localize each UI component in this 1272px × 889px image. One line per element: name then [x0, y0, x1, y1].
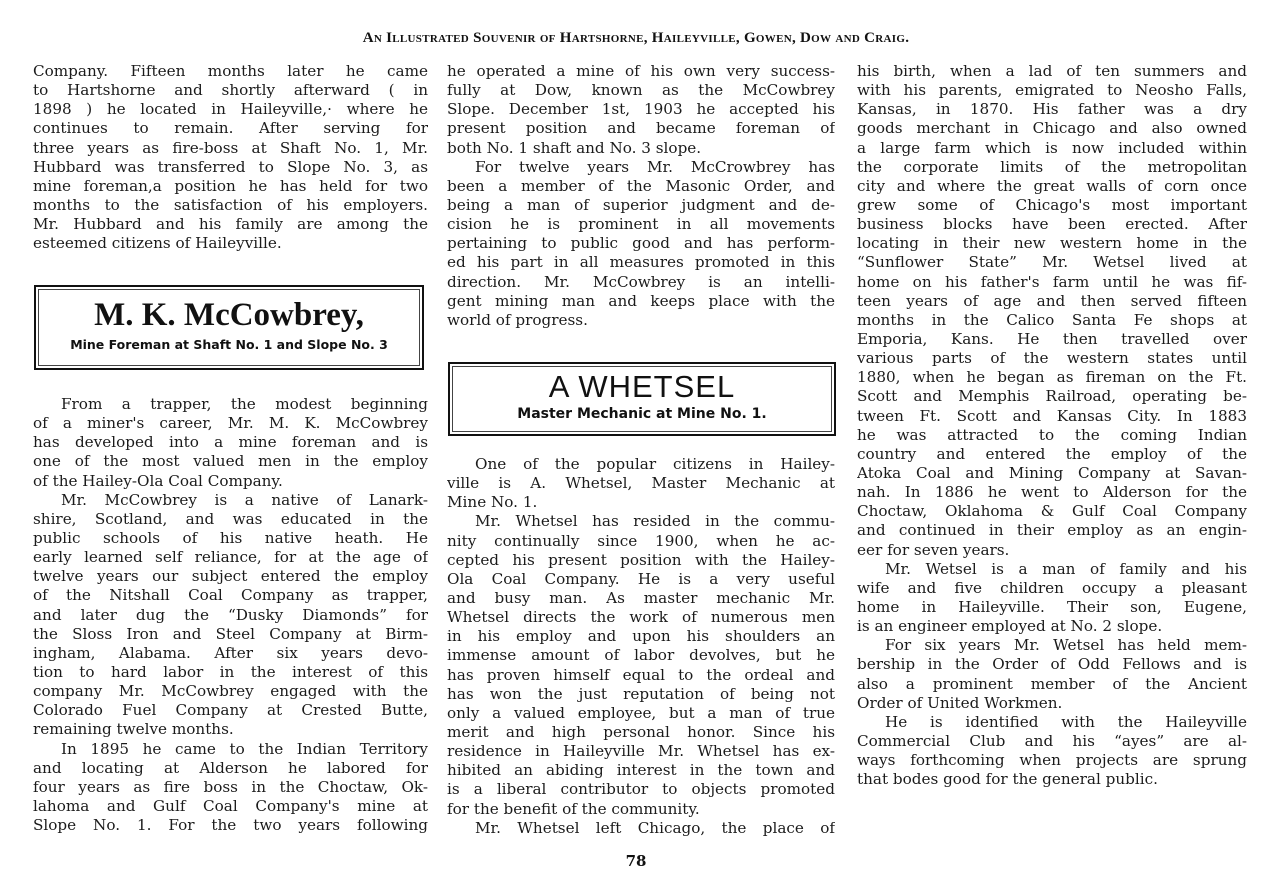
text-line: his birth, when a lad of ten summers and [857, 62, 1247, 81]
text-line: one of the most valued men in the employ [33, 452, 428, 471]
text-line: and locating at Alderson he labored for [33, 759, 428, 778]
text-line: locating in their new western home in th… [857, 234, 1247, 253]
text-line: of the Nitshall Coal Company as trapper, [33, 586, 428, 605]
text-line: Ola Coal Company. He is a very useful [447, 570, 835, 589]
text-line: tween Ft. Scott and Kansas City. In 1883 [857, 407, 1247, 426]
text-line: of the Hailey-Ola Coal Company. [33, 472, 428, 491]
text-line: hibited an abiding interest in the town … [447, 761, 835, 780]
text-line: Order of United Workmen. [857, 694, 1247, 713]
text-line: direction. Mr. McCowbrey is an intelli- [447, 273, 835, 292]
text-line: business blocks have been erected. After [857, 215, 1247, 234]
text-line: Slope No. 1. For the two years following [33, 816, 428, 835]
text-line: ville is A. Whetsel, Master Mechanic at [447, 474, 835, 493]
text-line: merit and high personal honor. Since his [447, 723, 835, 742]
text-line: nah. In 1886 he went to Alderson for the [857, 483, 1247, 502]
text-line: ed his part in all measures promoted in … [447, 253, 835, 272]
text-line: the Sloss Iron and Steel Company at Birm… [33, 625, 428, 644]
text-line: teen years of age and then served fiftee… [857, 292, 1247, 311]
text-line: he was attracted to the coming Indian [857, 426, 1247, 445]
text-line: Colorado Fuel Company at Crested Butte, [33, 701, 428, 720]
text-line: also a prominent member of the Ancient [857, 675, 1247, 694]
text-line: Scott and Memphis Railroad, operating be… [857, 387, 1247, 406]
text-line: in his employ and upon his shoulders an [447, 627, 835, 646]
text-line: shire, Scotland, and was educated in the [33, 510, 428, 529]
heading-title: A WHETSEL [450, 370, 834, 404]
text-line: wife and five children occupy a pleasant [857, 579, 1247, 598]
text-line: and later dug the “Dusky Diamonds” for [33, 606, 428, 625]
text-line: eer for seven years. [857, 541, 1247, 560]
text-line: Slope. December 1st, 1903 he accepted hi… [447, 100, 835, 119]
text-line: goods merchant in Chicago and also owned [857, 119, 1247, 138]
text-line: Emporia, Kans. He then travelled over [857, 330, 1247, 349]
text-line: is a liberal contributor to objects prom… [447, 780, 835, 799]
column-1: Company. Fifteen months later he came to… [33, 62, 428, 253]
heading-box-whetsel: A WHETSEL Master Mechanic at Mine No. 1. [448, 362, 836, 436]
heading-subtitle: Mine Foreman at Shaft No. 1 and Slope No… [36, 335, 422, 355]
text-line: only a valued employee, but a man of tru… [447, 704, 835, 723]
text-line: gent mining man and keeps place with the [447, 292, 835, 311]
text-line: Whetsel directs the work of numerous men [447, 608, 835, 627]
column-1-body: From a trapper, the modest beginning of … [33, 395, 428, 835]
text-line: In 1895 he came to the Indian Territory [33, 740, 428, 759]
text-line: mine foreman,a position he has held for … [33, 177, 428, 196]
column-3: his birth, when a lad of ten summers and… [857, 62, 1247, 789]
text-line: cision he is prominent in all movements [447, 215, 835, 234]
text-line: has proven himself equal to the ordeal a… [447, 666, 835, 685]
text-line: months to the satisfaction of his employ… [33, 196, 428, 215]
text-line: Mr. Whetsel left Chicago, the place of [447, 819, 835, 838]
text-line: three years as fire-boss at Shaft No. 1,… [33, 139, 428, 158]
text-line: remaining twelve months. [33, 720, 428, 739]
text-line: Choctaw, Oklahoma & Gulf Coal Company [857, 502, 1247, 521]
text-line: residence in Haileyville Mr. Whetsel has… [447, 742, 835, 761]
text-line: the corporate limits of the metropolitan [857, 158, 1247, 177]
text-line: continues to remain. After serving for [33, 119, 428, 138]
text-line: One of the popular citizens in Hailey- [447, 455, 835, 474]
text-line: country and entered the employ of the [857, 445, 1247, 464]
text-line: being a man of superior judgment and de- [447, 196, 835, 215]
text-line: been a member of the Masonic Order, and [447, 177, 835, 196]
column-2-top-text: he operated a mine of his own very succe… [447, 62, 835, 330]
text-line: with his parents, emigrated to Neosho Fa… [857, 81, 1247, 100]
text-line: From a trapper, the modest beginning [33, 395, 428, 414]
heading-title: M. K. McCowbrey, [36, 295, 422, 335]
text-line: to Hartshorne and shortly afterward ( in [33, 81, 428, 100]
text-line: is an engineer employed at No. 2 slope. [857, 617, 1247, 636]
column-1-top-text: Company. Fifteen months later he came to… [33, 62, 428, 253]
text-line: Mr. Wetsel is a man of family and his [857, 560, 1247, 579]
heading-box-mccowbrey: M. K. McCowbrey, Mine Foreman at Shaft N… [34, 285, 424, 370]
text-line: for the benefit of the community. [447, 800, 835, 819]
text-line: home in Haileyville. Their son, Eugene, [857, 598, 1247, 617]
text-line: has developed into a mine foreman and is [33, 433, 428, 452]
column-2-body: One of the popular citizens in Hailey- v… [447, 455, 835, 838]
text-line: Mr. Whetsel has resided in the commu- [447, 512, 835, 531]
text-line: various parts of the western states unti… [857, 349, 1247, 368]
text-line: Mr. Hubbard and his family are among the [33, 215, 428, 234]
text-line: public schools of his native heath. He [33, 529, 428, 548]
text-line: immense amount of labor devolves, but he [447, 646, 835, 665]
text-line: and busy man. As master mechanic Mr. [447, 589, 835, 608]
text-line: 1880, when he began as fireman on the Ft… [857, 368, 1247, 387]
text-line: city and where the great walls of corn o… [857, 177, 1247, 196]
text-line: He is identified with the Haileyville [857, 713, 1247, 732]
text-line: that bodes good for the general public. [857, 770, 1247, 789]
text-line: tion to hard labor in the interest of th… [33, 663, 428, 682]
text-line: company Mr. McCowbrey engaged with the [33, 682, 428, 701]
text-line: four years as fire boss in the Choctaw, … [33, 778, 428, 797]
text-line: and continued in their employ as an engi… [857, 521, 1247, 540]
text-line: nity continually since 1900, when he ac- [447, 532, 835, 551]
text-line: Kansas, in 1870. His father was a dry [857, 100, 1247, 119]
text-line: grew some of Chicago's most important [857, 196, 1247, 215]
text-line: cepted his present position with the Hai… [447, 551, 835, 570]
text-line: Mine No. 1. [447, 493, 835, 512]
text-line: he operated a mine of his own very succe… [447, 62, 835, 81]
text-line: early learned self reliance, for at the … [33, 548, 428, 567]
text-line: Hubbard was transferred to Slope No. 3, … [33, 158, 428, 177]
text-line: home on his father's farm until he was f… [857, 273, 1247, 292]
text-line: of a miner's career, Mr. M. K. McCowbrey [33, 414, 428, 433]
text-line: twelve years our subject entered the emp… [33, 567, 428, 586]
text-line: pertaining to public good and has perfor… [447, 234, 835, 253]
page-number: 78 [0, 852, 1272, 870]
text-line: lahoma and Gulf Coal Company's mine at [33, 797, 428, 816]
text-line: a large farm which is now included withi… [857, 139, 1247, 158]
text-line: ingham, Alabama. After six years devo- [33, 644, 428, 663]
text-line: Mr. McCowbrey is a native of Lanark- [33, 491, 428, 510]
text-line: Company. Fifteen months later he came [33, 62, 428, 81]
text-line: “Sunflower State” Mr. Wetsel lived at [857, 253, 1247, 272]
text-line: For six years Mr. Wetsel has held mem- [857, 636, 1247, 655]
text-line: ways forthcoming when projects are sprun… [857, 751, 1247, 770]
text-line: 1898 ) he located in Haileyville,· where… [33, 100, 428, 119]
text-line: present position and became foreman of [447, 119, 835, 138]
running-head: An Illustrated Souvenir of Hartshorne, H… [0, 30, 1272, 47]
text-line: esteemed citizens of Haileyville. [33, 234, 428, 253]
text-line: both No. 1 shaft and No. 3 slope. [447, 139, 835, 158]
text-line: has won the just reputation of being not [447, 685, 835, 704]
text-line: Atoka Coal and Mining Company at Savan- [857, 464, 1247, 483]
text-line: world of progress. [447, 311, 835, 330]
heading-subtitle: Master Mechanic at Mine No. 1. [450, 404, 834, 424]
text-line: months in the Calico Santa Fe shops at [857, 311, 1247, 330]
text-line: Commercial Club and his “ayes” are al- [857, 732, 1247, 751]
text-line: For twelve years Mr. McCrowbrey has [447, 158, 835, 177]
text-line: fully at Dow, known as the McCowbrey [447, 81, 835, 100]
text-line: bership in the Order of Odd Fellows and … [857, 655, 1247, 674]
